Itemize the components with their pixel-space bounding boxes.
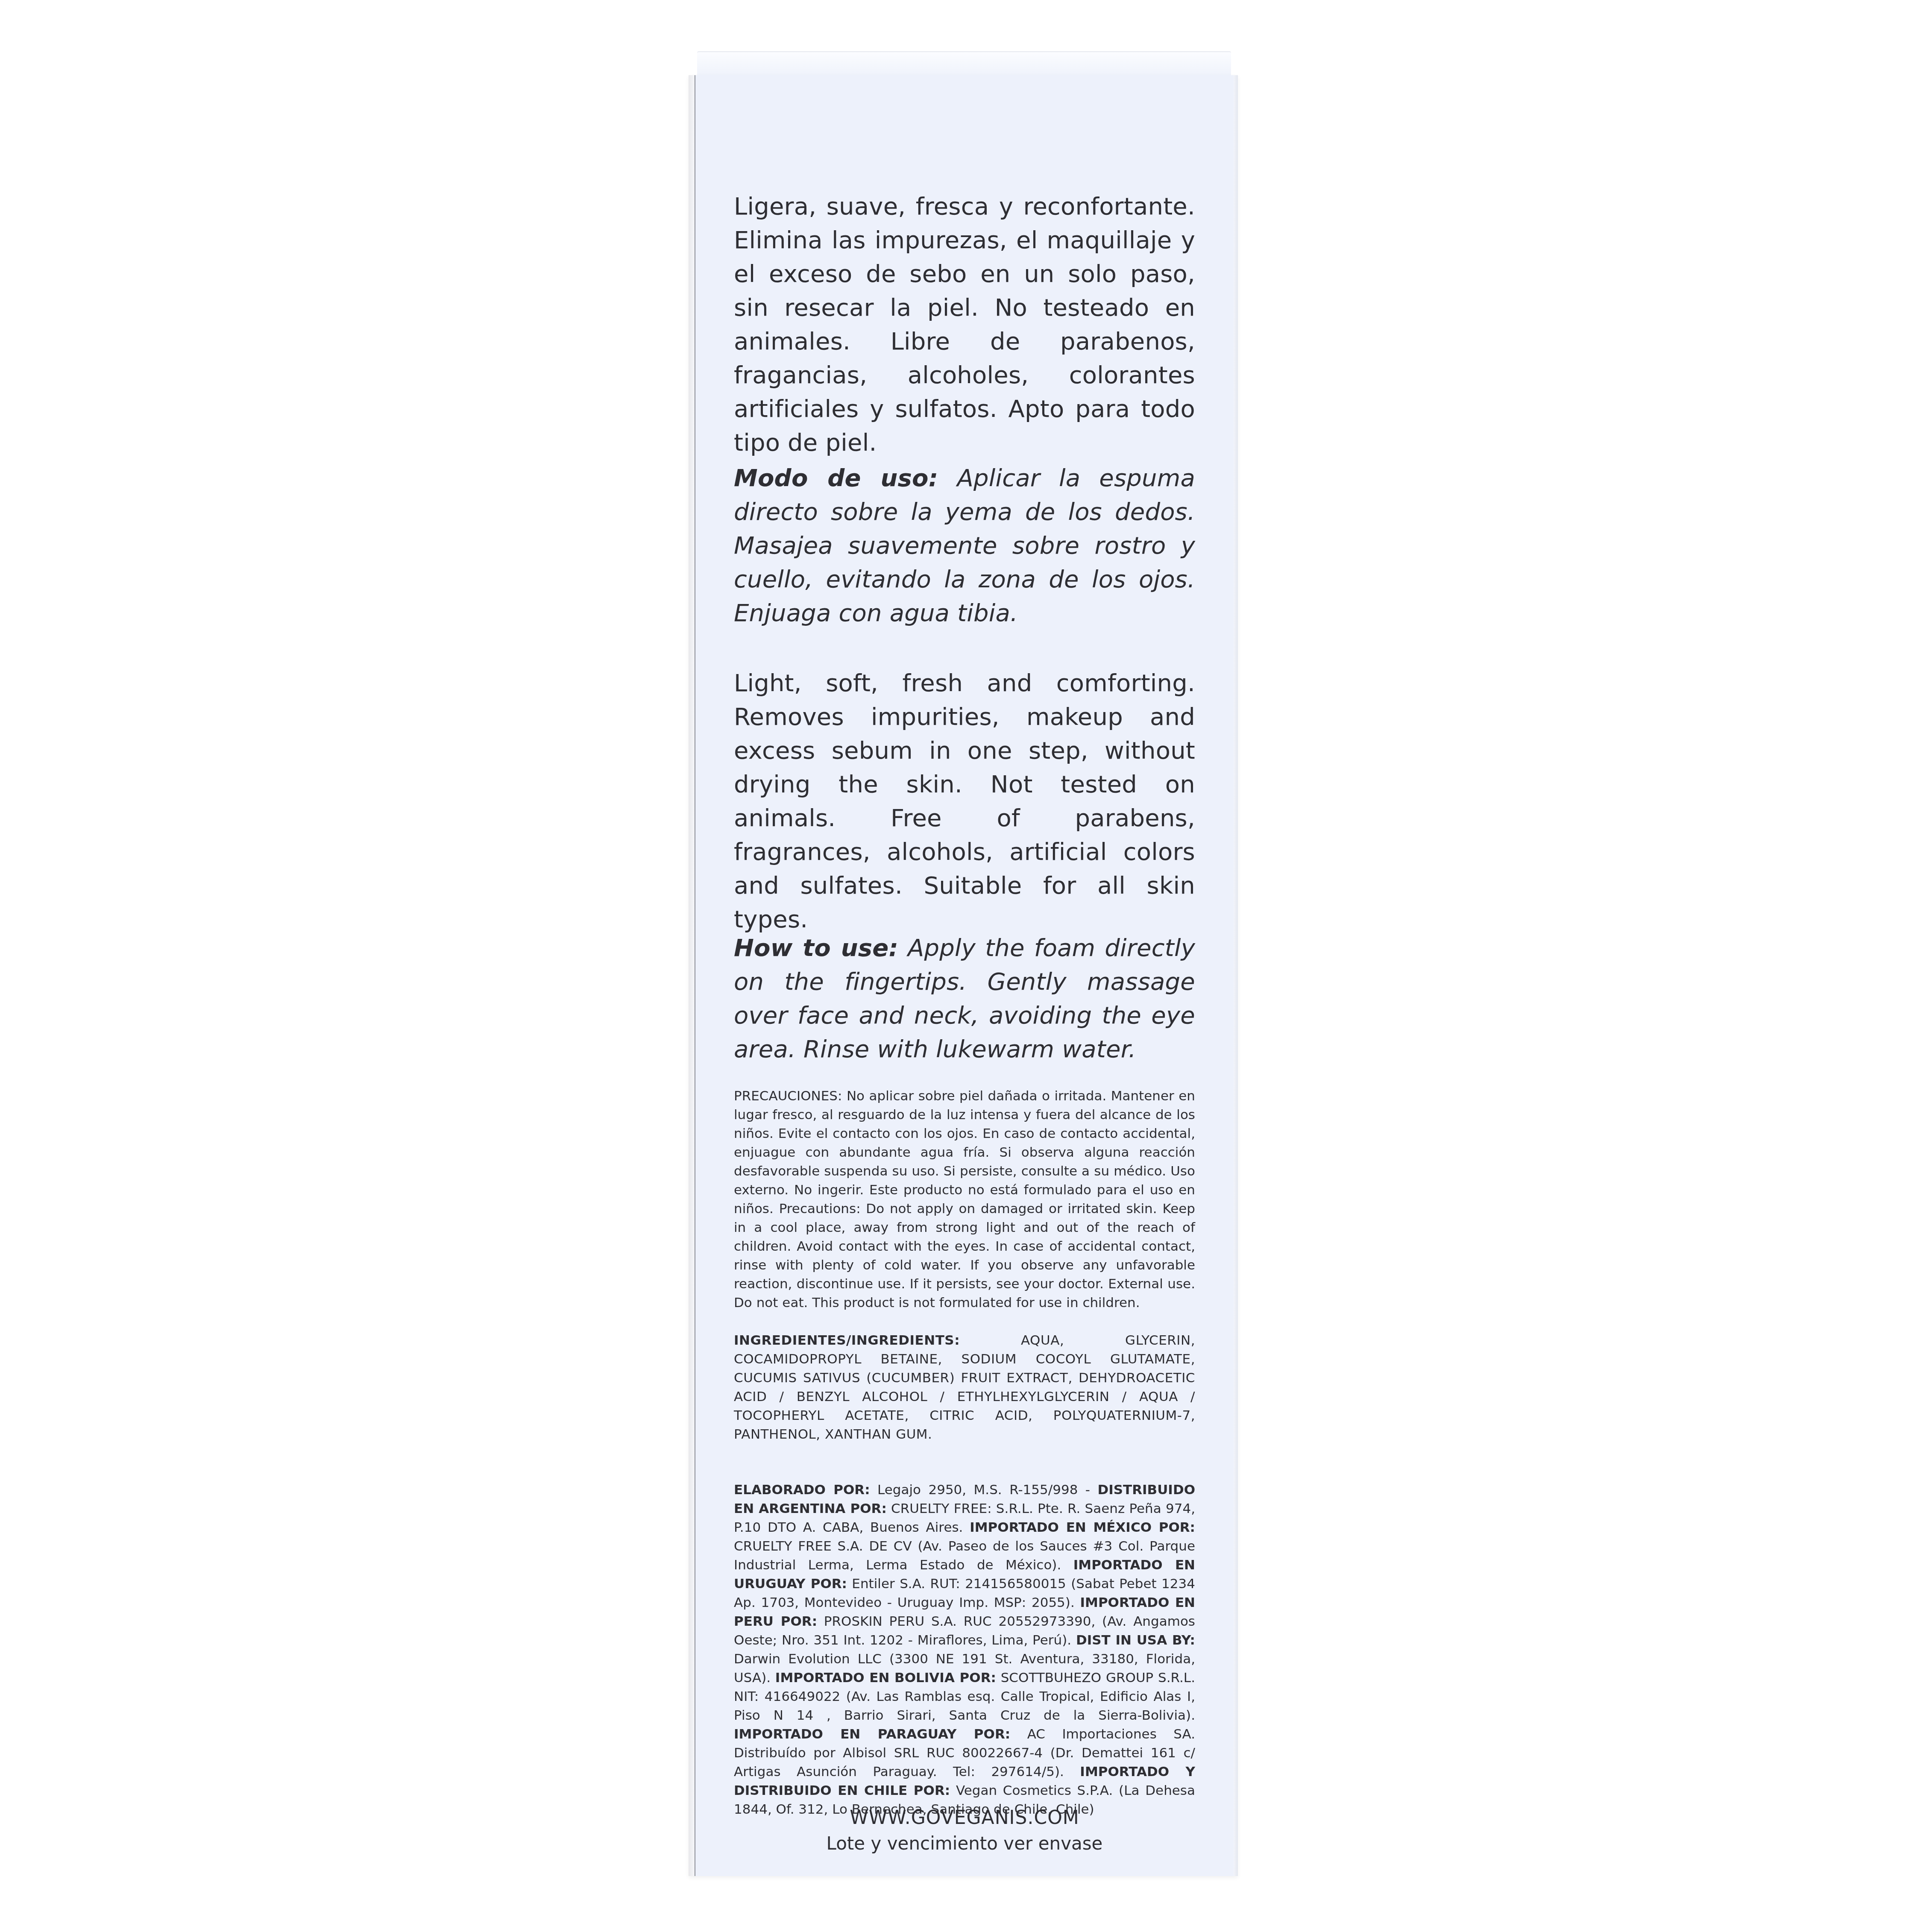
box-top-flap: [697, 51, 1231, 78]
distribution-info: ELABORADO POR: Legajo 2950, M.S. R-155/9…: [734, 1481, 1195, 1819]
usage-es: Modo de uso: Aplicar la espuma directo s…: [734, 461, 1195, 630]
usage-en-label: How to use:: [734, 934, 898, 962]
usage-es-label: Modo de uso:: [734, 464, 938, 492]
usage-en: How to use: Apply the foam directly on t…: [734, 931, 1195, 1066]
dist-label-mexico: IMPORTADO EN MÉXICO POR:: [970, 1520, 1195, 1535]
ingredients: INGREDIENTES/INGREDIENTS: AQUA, GLYCERIN…: [734, 1331, 1195, 1444]
lot-expiry-note: Lote y vencimiento ver envase: [734, 1831, 1195, 1856]
dist-label-elaborado: ELABORADO POR:: [734, 1482, 870, 1498]
description-es: Ligera, suave, fresca y reconfortante. E…: [734, 190, 1195, 460]
dist-label-usa: DIST IN USA BY:: [1076, 1633, 1195, 1648]
ingredients-label: INGREDIENTES/INGREDIENTS:: [734, 1333, 960, 1348]
ingredients-list: AQUA, GLYCERIN, COCAMIDOPROPYL BETAINE, …: [734, 1333, 1195, 1442]
label-footer: WWW.GOVEGANIS.COM Lote y vencimiento ver…: [734, 1805, 1195, 1856]
precautions: PRECAUCIONES: No aplicar sobre piel daña…: [734, 1087, 1195, 1312]
product-box-back-panel: Ligera, suave, fresca y reconfortante. E…: [689, 75, 1238, 1876]
dist-label-bolivia: IMPORTADO EN BOLIVIA POR:: [775, 1670, 996, 1686]
box-right-edge: [1234, 75, 1238, 1876]
dist-label-paraguay: IMPORTADO EN PARAGUAY POR:: [734, 1727, 1010, 1742]
description-en: Light, soft, fresh and comforting. Remov…: [734, 666, 1195, 936]
box-side-edge: [689, 75, 695, 1876]
dist-text-elaborado: Legajo 2950, M.S. R-155/998 -: [870, 1482, 1098, 1498]
website-url: WWW.GOVEGANIS.COM: [734, 1805, 1195, 1831]
